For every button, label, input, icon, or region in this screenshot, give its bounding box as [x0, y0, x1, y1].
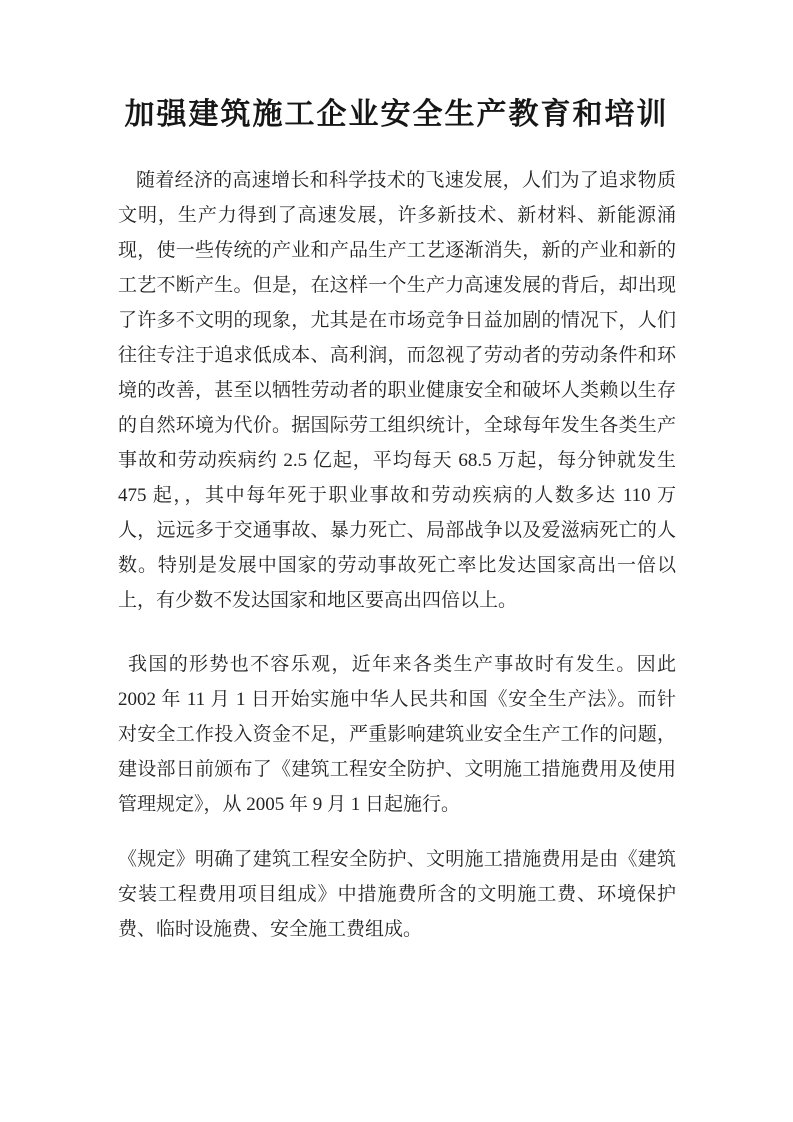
document-page: 加强建筑施工企业安全生产教育和培训 随着经济的高速增长和科学技术的飞速发展，人们… [0, 0, 793, 1122]
text-line: 《规定》明确了建筑工程安全防护、文明施工措施费用是由《建筑 [118, 842, 676, 877]
text-line: 的自然环境为代价。据国际劳工组织统计，全球每年发生各类生产 [118, 408, 676, 443]
text-line: 数。特别是发展中国家的劳动事故死亡率比发达国家高出一倍以 [118, 548, 676, 583]
text-line: 文明，生产力得到了高速发展，许多新技术、新材料、新能源涌 [118, 198, 676, 233]
text-line: 对安全工作投入资金不足，严重影响建筑业安全生产工作的问题， [118, 717, 676, 752]
text-line: 费、临时设施费、安全施工费组成。 [118, 912, 676, 947]
text-line: 建设部日前颁布了《建筑工程安全防护、文明施工措施费用及使用 [118, 752, 676, 787]
paragraph-1: 随着经济的高速增长和科学技术的飞速发展，人们为了追求物质 文明，生产力得到了高速… [118, 163, 676, 618]
text-line: 工艺不断产生。但是，在这样一个生产力高速发展的背后，却出现 [118, 268, 676, 303]
paragraph-3: 《规定》明确了建筑工程安全防护、文明施工措施费用是由《建筑 安装工程费用项目组成… [118, 842, 676, 947]
text-line: 现，使一些传统的产业和产品生产工艺逐渐消失，新的产业和新的 [118, 233, 676, 268]
text-line: 人，远远多于交通事故、暴力死亡、局部战争以及爱滋病死亡的人 [118, 513, 676, 548]
text-line: 往往专注于追求低成本、高利润，而忽视了劳动者的劳动条件和环 [118, 338, 676, 373]
text-line: 境的改善，甚至以牺牲劳动者的职业健康安全和破坏人类赖以生存 [118, 373, 676, 408]
text-line: 2002 年 11 月 1 日开始实施中华人民共和国《安全生产法》。而针 [118, 682, 676, 717]
text-line: 管理规定》，从 2005 年 9 月 1 日起施行。 [118, 787, 676, 822]
text-line: 我国的形势也不容乐观，近年来各类生产事故时有发生。因此 [118, 647, 676, 682]
text-line: 安装工程费用项目组成》中措施费所含的文明施工费、环境保护 [118, 877, 676, 912]
document-title: 加强建筑施工企业安全生产教育和培训 [0, 95, 793, 135]
text-line: 上，有少数不发达国家和地区要高出四倍以上。 [118, 583, 676, 618]
text-line: 475 起，，其中每年死于职业事故和劳动疾病的人数多达 110 万 [118, 478, 676, 513]
paragraph-2: 我国的形势也不容乐观，近年来各类生产事故时有发生。因此 2002 年 11 月 … [118, 647, 676, 822]
text-line: 事故和劳动疾病约 2.5 亿起，平均每天 68.5 万起，每分钟就发生 [118, 443, 676, 478]
text-line: 了许多不文明的现象，尤其是在市场竞争日益加剧的情况下，人们 [118, 303, 676, 338]
text-line: 随着经济的高速增长和科学技术的飞速发展，人们为了追求物质 [118, 163, 676, 198]
document-body: 随着经济的高速增长和科学技术的飞速发展，人们为了追求物质 文明，生产力得到了高速… [118, 163, 676, 947]
